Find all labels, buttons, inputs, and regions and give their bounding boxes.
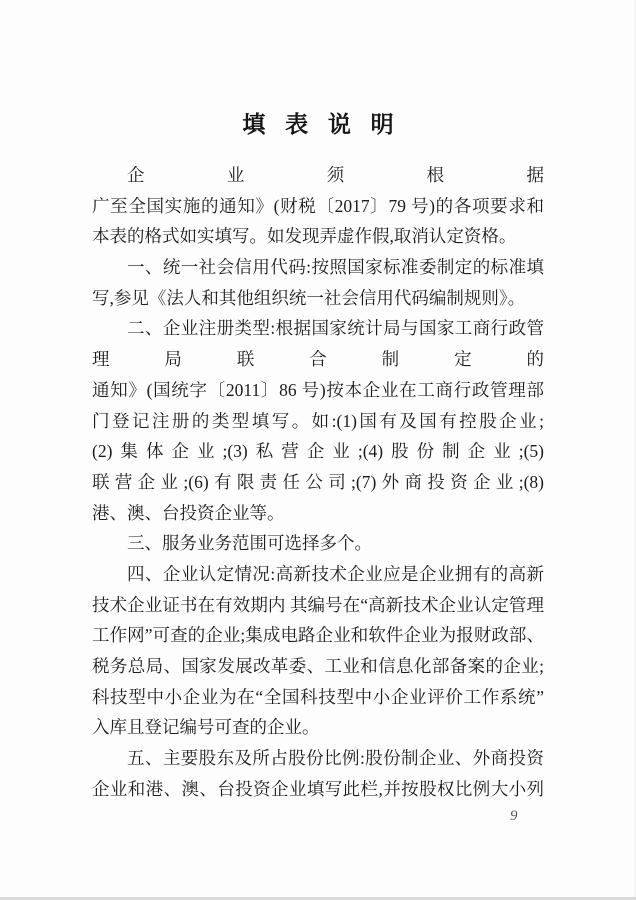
paragraphs: 企业须根据《关于将技术先进型服务企业所得税政策推广至全国实施的通知》(财税〔20…: [92, 160, 544, 804]
text-line: (2)集体企业;(3)私营企业;(4)股份制企业;(5): [92, 436, 544, 467]
paragraph: 三、服务业务范围可选择多个。: [92, 528, 544, 559]
text-line: 三、服务业务范围可选择多个。: [92, 528, 544, 559]
text-line: 技术企业证书在有效期内 其编号在“高新技术企业认定管理: [92, 590, 544, 621]
text-line: 门登记注册的类型填写。如:(1)国有及国有控股企业;: [92, 406, 544, 437]
text-line: 企业和港、澳、台投资企业填写此栏,并按股权比例大小列: [92, 774, 544, 805]
text-line: 广至全国实施的通知》(财税〔2017〕79 号)的各项要求和: [92, 191, 544, 222]
text-line: 企业须根据《关于将技术先进型服务企业所得税政策推: [92, 160, 544, 191]
text-line: 五、主要股东及所占股份比例:股份制企业、外商投资: [92, 743, 544, 774]
paragraph: 一、统一社会信用代码:按照国家标准委制定的标准填写,参见《法人和其他组织统一社会…: [92, 252, 544, 313]
text-line: 四、企业认定情况:高新技术企业应是企业拥有的高新: [92, 559, 544, 590]
text-line: 工作网”可查的企业;集成电路企业和软件企业为报财政部、: [92, 620, 544, 651]
text-line: 税务总局、国家发展改革委、工业和信息化部备案的企业;: [92, 651, 544, 682]
document-page: 填 表 说 明 企业须根据《关于将技术先进型服务企业所得税政策推广至全国实施的通…: [0, 0, 636, 900]
paragraph: 五、主要股东及所占股份比例:股份制企业、外商投资企业和港、澳、台投资企业填写此栏…: [92, 743, 544, 804]
text-line: 联营企业;(6)有限责任公司;(7)外商投资企业;(8): [92, 467, 544, 498]
text-line: 写,参见《法人和其他组织统一社会信用代码编制规则》。: [92, 283, 544, 314]
paragraph: 二、企业注册类型:根据国家统计局与国家工商行政管理局联合制定的《关于划分企业登记…: [92, 313, 544, 528]
text-line: 科技型中小企业为在“全国科技型中小企业评价工作系统”中: [92, 682, 544, 713]
text-line: 理局联合制定的《关于划分企业登记注册类型的规定调整的: [92, 344, 544, 375]
text-line: 一、统一社会信用代码:按照国家标准委制定的标准填: [92, 252, 544, 283]
page-title: 填 表 说 明: [0, 0, 636, 140]
text-line: 入库且登记编号可查的企业。: [92, 712, 544, 743]
text-line: 本表的格式如实填写。如发现弄虚作假,取消认定资格。: [92, 221, 544, 252]
text-line: 二、企业注册类型:根据国家统计局与国家工商行政管: [92, 313, 544, 344]
text-line: 港、澳、台投资企业等。: [92, 498, 544, 529]
text-line: 通知》(国统字〔2011〕86 号)按本企业在工商行政管理部: [92, 375, 544, 406]
page-number: 9: [510, 808, 519, 825]
paragraph: 企业须根据《关于将技术先进型服务企业所得税政策推广至全国实施的通知》(财税〔20…: [92, 160, 544, 252]
paragraph: 四、企业认定情况:高新技术企业应是企业拥有的高新技术企业证书在有效期内 其编号在…: [92, 559, 544, 743]
